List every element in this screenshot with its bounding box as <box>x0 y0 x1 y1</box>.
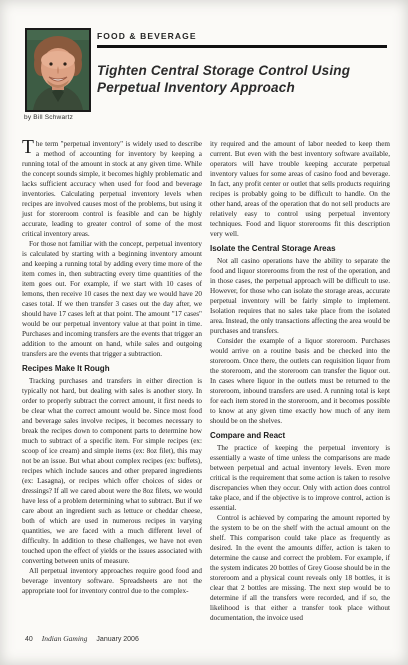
paragraph: Consider the example of a liquor storero… <box>210 336 390 426</box>
header-rule <box>97 45 387 48</box>
article-header: FOOD & BEVERAGE Tighten Central Storage … <box>97 31 387 96</box>
section-label: FOOD & BEVERAGE <box>97 31 387 41</box>
paragraph-text: he term "perpetual inventory" is widely … <box>22 140 202 238</box>
author-photo-image <box>27 30 89 110</box>
paragraph: Tracking purchases and transfers in eith… <box>22 376 202 566</box>
paragraph: The practice of keeping the perpetual in… <box>210 443 390 513</box>
paragraph: Not all casino operations have the abili… <box>210 256 390 336</box>
section-heading: Recipes Make It Rough <box>22 364 202 374</box>
paragraph: ity required and the amount of labor nee… <box>210 139 390 239</box>
byline: by Bill Schwartz <box>24 114 96 121</box>
page-number: 40 <box>25 636 33 643</box>
magazine-page: by Bill Schwartz FOOD & BEVERAGE Tighten… <box>0 0 408 665</box>
section-heading: Isolate the Central Storage Areas <box>210 244 390 254</box>
issue-date: January 2006 <box>96 636 138 643</box>
left-column: The term "perpetual inventory" is widely… <box>22 139 202 623</box>
right-column: ity required and the amount of labor nee… <box>210 139 390 623</box>
publication-name: Indian Gaming <box>42 634 88 643</box>
page-footer: 40 Indian Gaming January 2006 <box>25 634 139 643</box>
drop-cap: T <box>22 139 36 156</box>
author-photo <box>25 28 91 112</box>
paragraph: The term "perpetual inventory" is widely… <box>22 139 202 239</box>
paragraph: Control is achieved by comparing the amo… <box>210 513 390 623</box>
paragraph: All perpetual inventory approaches requi… <box>22 566 202 596</box>
paragraph: For those not familiar with the concept,… <box>22 239 202 359</box>
section-heading: Compare and React <box>210 431 390 441</box>
article-body: The term "perpetual inventory" is widely… <box>22 139 390 623</box>
article-title: Tighten Central Storage Control Using Pe… <box>97 62 387 96</box>
